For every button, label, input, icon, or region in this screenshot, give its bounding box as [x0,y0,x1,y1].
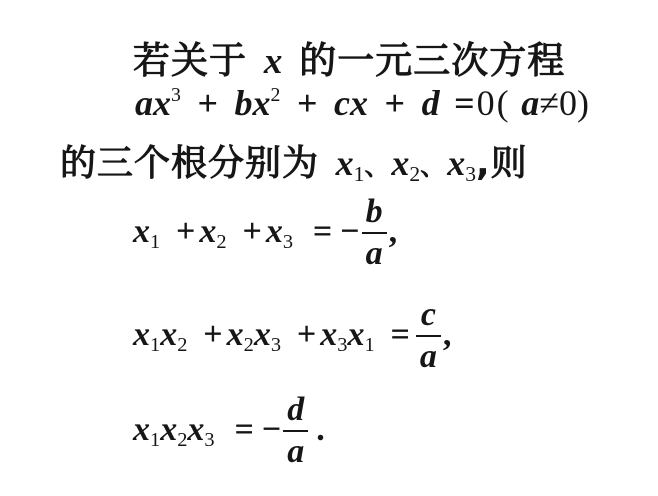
var-x1: x [133,411,150,448]
var-x1: x [133,316,150,353]
roots-suffix: ,则 [476,143,528,184]
intro-line: 若关于 x 的一元三次方程 [133,30,565,84]
denominator: a [283,432,308,472]
minus-sign: − [262,411,281,448]
subscript-2: 2 [244,334,254,356]
root-x1: x [332,143,354,183]
subscript-3: 3 [204,429,214,451]
equals-sign: = [387,316,414,353]
period: . [310,411,325,448]
var-x2: x [199,213,216,250]
fraction-d-over-a: d a [283,390,308,472]
equals-sign: = [226,411,261,448]
not-equal-sign: ≠ [539,83,559,123]
subscript-1: 1 [150,231,160,253]
numerator: b [362,192,387,232]
subscript-3: 3 [337,334,347,356]
subscript-1: 1 [150,429,160,451]
formula-product-of-roots: x1x2x3 =− d a . [133,390,325,472]
separator: 、 [364,152,391,182]
subscript-2: 2 [216,231,226,253]
var-x3: x [320,316,337,353]
term-cx: cx [334,83,368,123]
rhs-zero: 0 [477,83,495,123]
cond-var-a: a [521,83,539,123]
subscript-2: 2 [409,162,420,186]
var-x: x [153,83,171,123]
formula-sum-of-roots: x1 +x2 +x3 =− b a , [133,192,397,274]
var-x2: x [227,316,244,353]
separator: 、 [420,152,447,182]
roots-prefix: 的三个根分别为 [60,143,319,184]
plus-sign: + [381,83,410,123]
term-d: d [422,83,440,123]
cubic-equation: ax3 + bx2 + cx + d =0( a≠0) [135,82,589,124]
subscript-1: 1 [364,334,374,356]
denominator: a [362,234,387,274]
intro-prefix: 若关于 [133,39,247,82]
plus-sign: + [293,83,322,123]
subscript-2: 2 [177,334,187,356]
exponent-2: 2 [271,84,281,106]
fraction-b-over-a: b a [362,192,387,274]
paren-close: ) [577,83,589,123]
plus-sign: + [193,83,222,123]
subscript-3: 3 [271,334,281,356]
paren-open: ( [495,83,509,123]
minus-sign: − [340,213,359,250]
equals-sign: = [452,83,477,123]
var-x1: x [347,316,364,353]
var-x2: x [160,316,177,353]
plus-sign: + [199,316,226,353]
intro-suffix: 的一元三次方程 [299,39,565,82]
var-x2: x [160,411,177,448]
comma: , [443,316,452,353]
root-x2: x [391,143,409,183]
root-x3: x [447,143,465,183]
subscript-1: 1 [354,162,365,186]
denominator: a [416,337,441,377]
comma: , [389,213,398,250]
equals-sign: = [305,213,340,250]
var-x: x [253,83,271,123]
numerator: c [416,295,441,335]
var-x1: x [133,213,150,250]
plus-sign: + [293,316,320,353]
formula-pairwise-products: x1x2 +x2x3 +x3x1 = c a , [133,295,451,377]
plus-sign: + [238,213,265,250]
subscript-3: 3 [283,231,293,253]
subscript-2: 2 [177,429,187,451]
roots-line: 的三个根分别为 x1、x2、x3,则 [60,135,528,187]
plus-sign: + [172,213,199,250]
fraction-c-over-a: c a [416,295,441,377]
numerator: d [283,390,308,430]
cond-zero: 0 [559,83,577,123]
exponent-3: 3 [171,84,181,106]
coef-a: a [135,83,153,123]
coef-b: b [235,83,253,123]
var-x3: x [266,213,283,250]
var-x3: x [254,316,271,353]
subscript-1: 1 [150,334,160,356]
subscript-3: 3 [465,162,476,186]
intro-variable: x [260,41,287,82]
var-x3: x [187,411,204,448]
